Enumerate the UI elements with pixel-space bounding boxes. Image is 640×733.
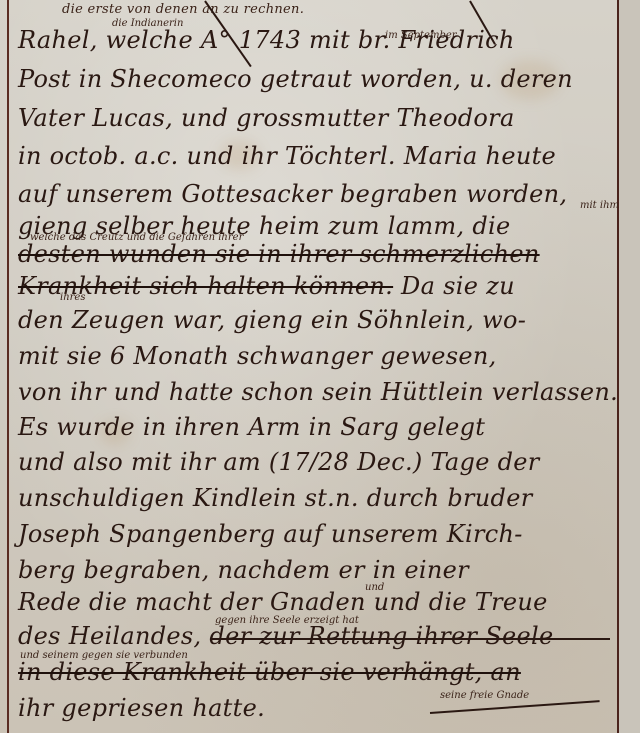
text-line: und also mit ihr am (17/28 Dec.) Tage de…	[18, 448, 540, 476]
strikethrough-stroke	[210, 638, 610, 640]
text-line: des Heilandes, der zur Rettung ihrer See…	[18, 622, 553, 650]
line-text: und also mit ihr am (17/28 Dec.) Tage de…	[18, 448, 540, 476]
text-line: von ihr und hatte schon sein Hüttlein ve…	[18, 378, 618, 406]
text-line: ihr gepriesen hatte.	[18, 694, 265, 722]
text-line: den Zeugen war, gieng ein Söhnlein, wo-	[18, 306, 526, 334]
text-line: mit sie 6 Monath schwanger gewesen,	[18, 342, 497, 370]
text-line: Post in Shecomeco getraut worden, u. der…	[18, 65, 573, 93]
text-line: Es wurde in ihren Arm in Sarg gelegt	[18, 413, 485, 441]
left-margin-rule	[7, 0, 9, 733]
text-line: Rahel, welche A° 1743 mit br. Friedrich	[18, 26, 515, 54]
right-margin-area	[619, 0, 640, 733]
struck-text-line: desten wunden sie in ihrer schmerzlichen	[18, 240, 540, 268]
text-line: Vater Lucas, und grossmutter Theodora	[18, 104, 515, 132]
right-margin-rule	[617, 0, 619, 733]
text-line: die erste von denen an zu rechnen.	[62, 2, 304, 17]
insertion-text: ihres	[60, 292, 85, 303]
pen-stroke	[430, 700, 600, 714]
insertion-text: mit ihm	[580, 200, 619, 211]
text-line: auf unserem Gottesacker begraben worden,	[18, 180, 567, 208]
text-line: Rede die macht der Gnaden und die Treue	[18, 588, 548, 616]
manuscript-page: die erste von denen an zu rechnen. die I…	[0, 0, 640, 733]
text-line: in octob. a.c. und ihr Töchterl. Maria h…	[18, 142, 556, 170]
text-line: unschuldigen Kindlein st.n. durch bruder	[18, 484, 532, 512]
text-line: Joseph Spangenberg auf unserem Kirch-	[18, 520, 523, 548]
text-line: berg begraben, nachdem er in einer	[18, 556, 469, 584]
struck-text-line: in diese Krankheit über sie verhängt, an	[18, 658, 521, 686]
insertion-text: seine freie Gnade	[440, 690, 529, 701]
text-line: Krankheit sich halten können. Da sie zu	[18, 272, 515, 300]
